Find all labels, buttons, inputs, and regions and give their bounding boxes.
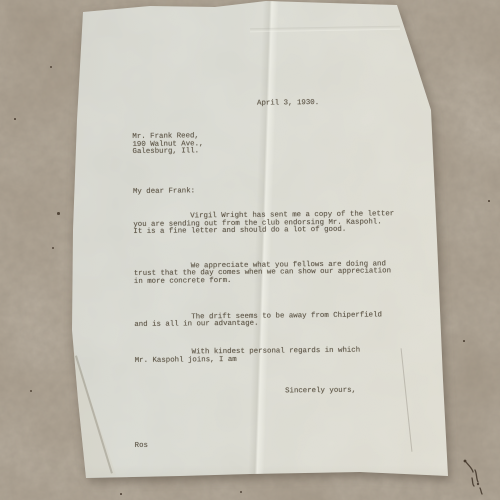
letter-photo: April 3, 1930. Mr. Frank Reed, 190 Walnu… [0, 0, 500, 500]
paragraph: With kindest personal regards in which M… [135, 347, 405, 364]
paragraph: The drift seems to be away from Chiperfi… [134, 312, 404, 329]
typed-letter-text: April 3, 1930. Mr. Frank Reed, 190 Walnu… [131, 97, 402, 223]
closing-line: Sincerely yours, [285, 385, 500, 395]
date-line: April 3, 1930. [257, 98, 500, 108]
paragraph: Virgil Wright has sent me a copy of the … [133, 211, 403, 236]
recipient-line: Galesburg, Ill. [133, 146, 403, 156]
recipient-address-block: Mr. Frank Reed, 190 Walnut Ave., Galesbu… [132, 131, 402, 156]
salutation-line: My dear Frank: [133, 186, 403, 196]
paper-shadow-wrap: April 3, 1930. Mr. Frank Reed, 190 Walnu… [0, 0, 500, 500]
letter-paper: April 3, 1930. Mr. Frank Reed, 190 Walnu… [0, 0, 500, 500]
paragraph: We appreciate what you fellows are doing… [134, 261, 404, 286]
